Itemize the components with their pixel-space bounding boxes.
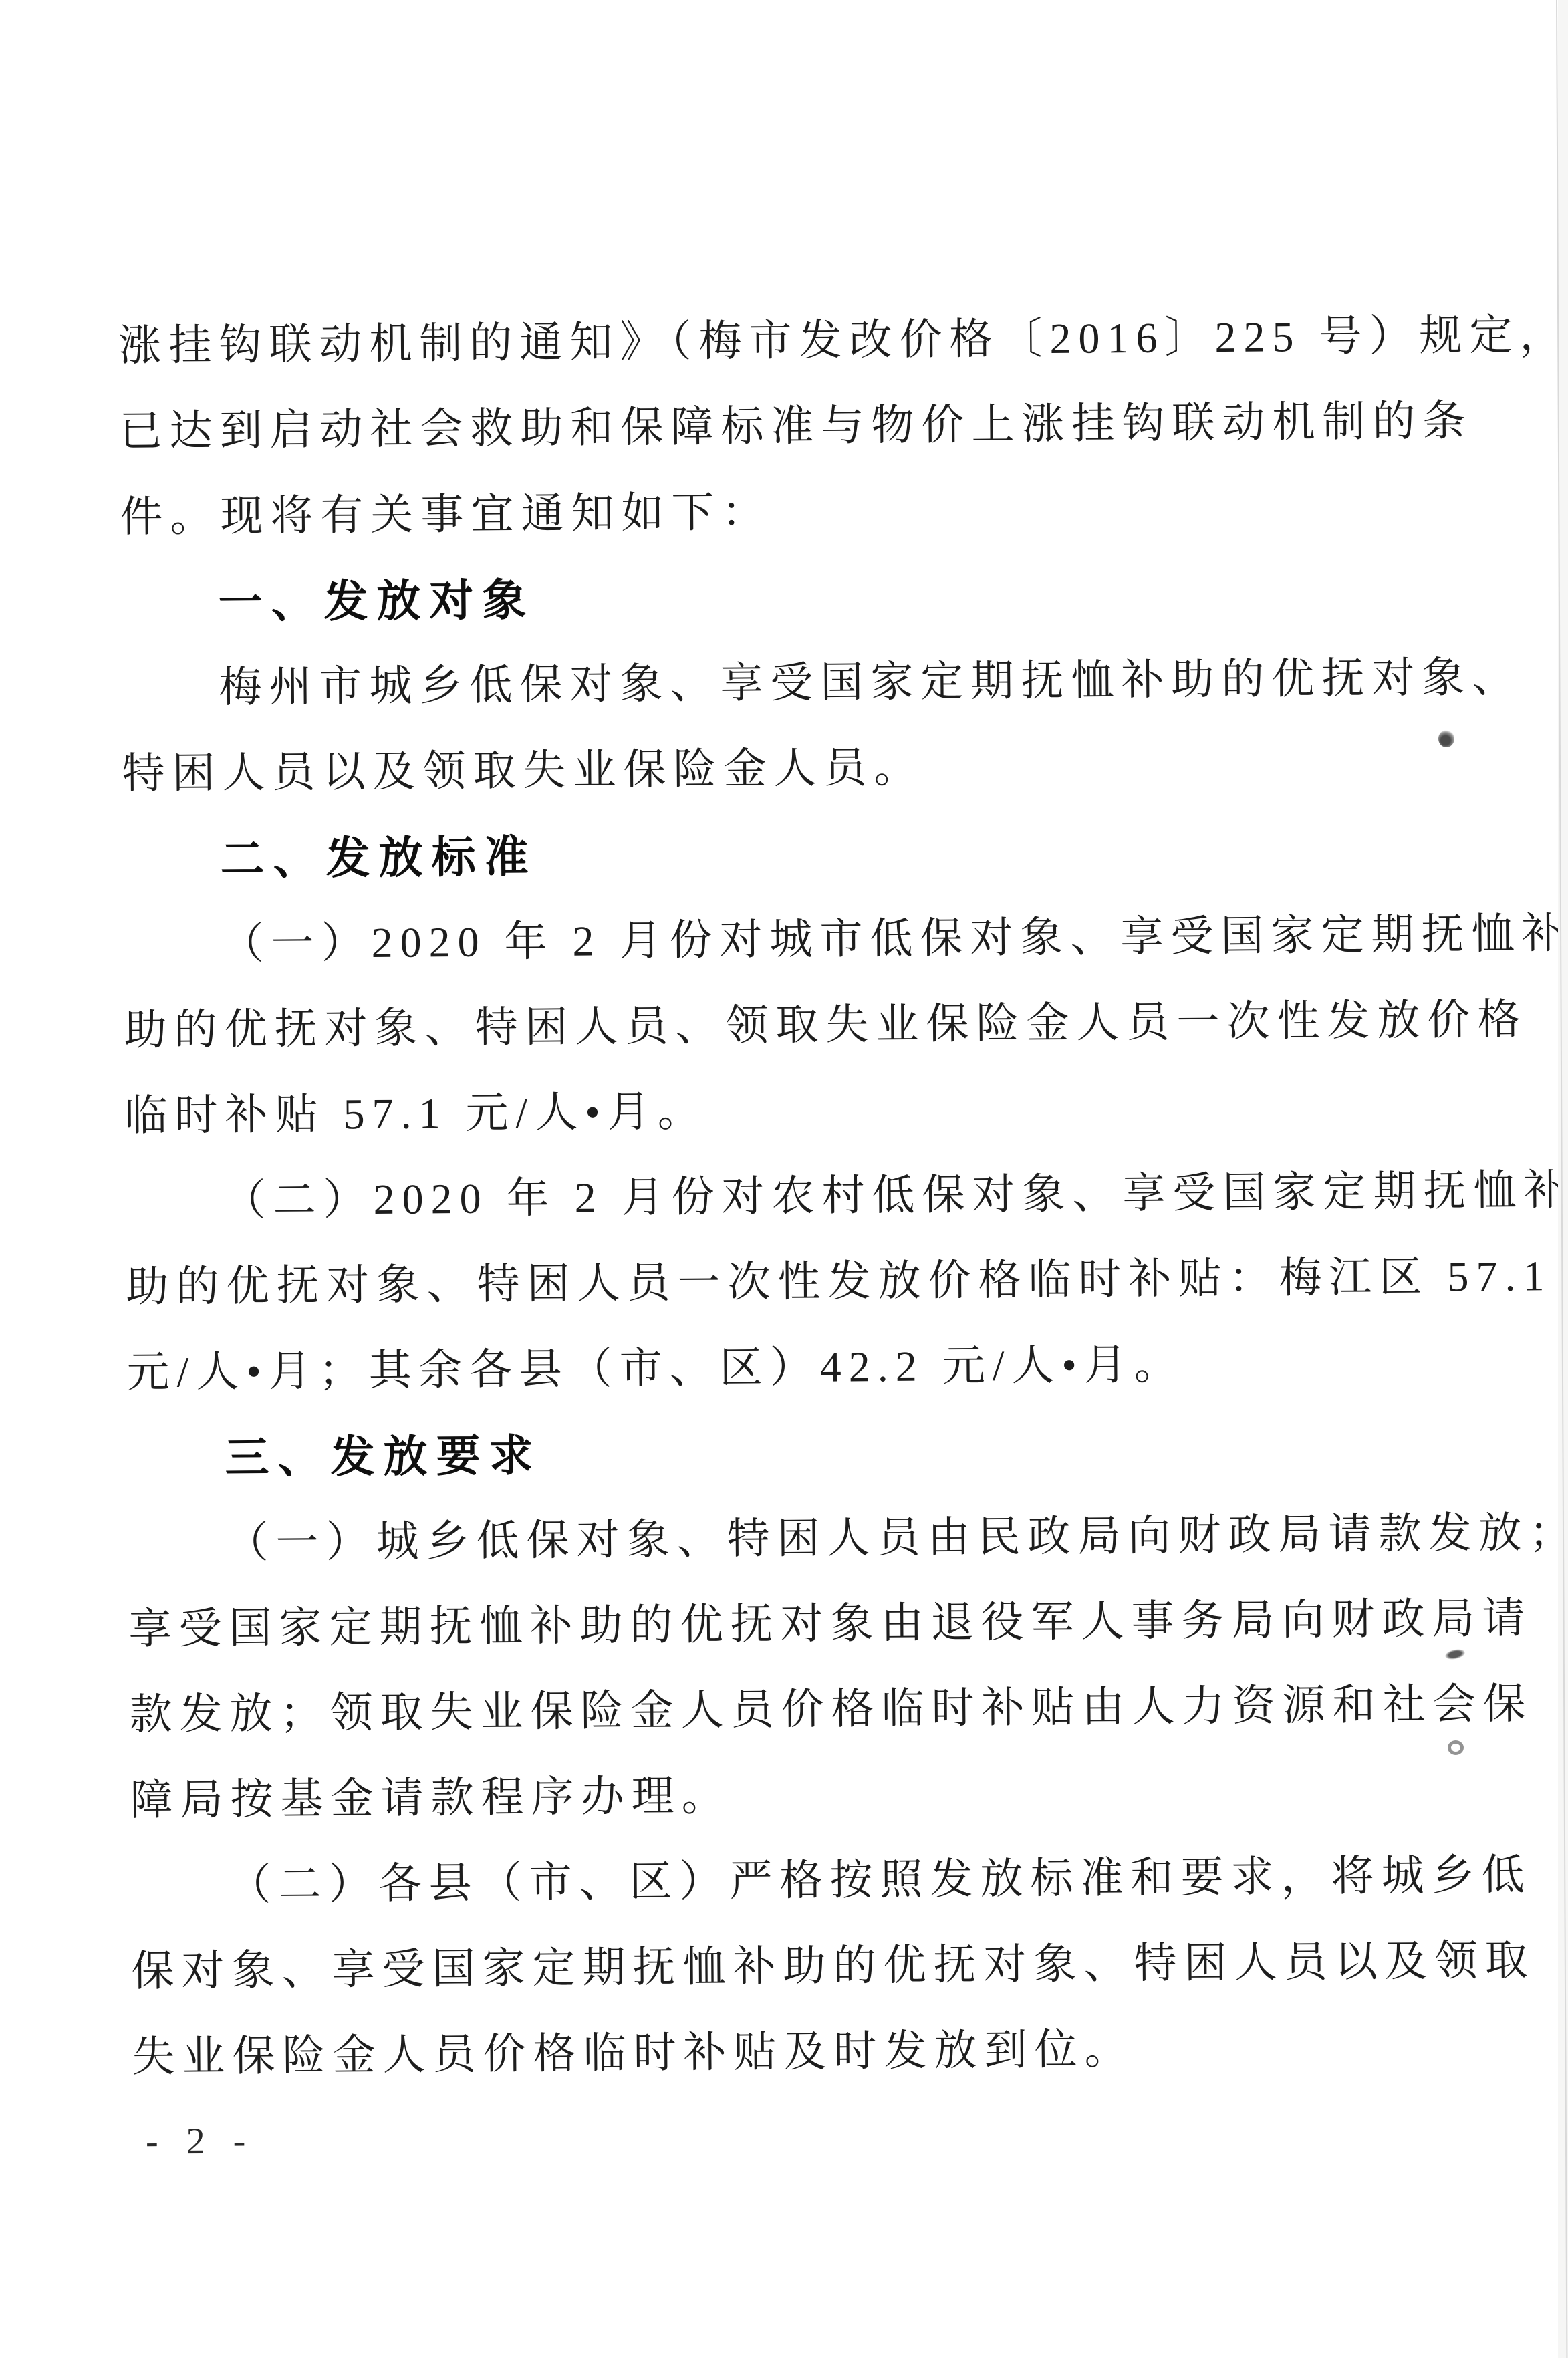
doc-line: （二）各县（市、区）严格按照发放标准和要求，将城乡低 — [130, 1833, 1494, 1929]
scanned-document-page: 涨挂钩联动机制的通知》（梅市发改价格〔2016〕225 号）规定， 已达到启动社… — [0, 0, 1568, 2358]
doc-line: 助的优抚对象、特困人员一次性发放价格临时补贴：梅江区 57.1 — [126, 1234, 1490, 1330]
doc-line: 款发放；领取失业保险金人员价格临时补贴由人力资源和社会保 — [129, 1662, 1493, 1758]
doc-line: 临时补贴 57.1 元/人•月。 — [124, 1063, 1488, 1159]
doc-line: 元/人•月；其余各县（市、区）42.2 元/人•月。 — [126, 1319, 1490, 1416]
document-body: 涨挂钩联动机制的通知》（梅市发改价格〔2016〕225 号）规定， 已达到启动社… — [118, 293, 1496, 2100]
doc-line: （一）城乡低保对象、特困人员由民政局向财政局请款发放； — [128, 1490, 1492, 1587]
doc-line: 享受国家定期抚恤补助的优抚对象由退役军人事务局向财政局请 — [128, 1576, 1492, 1672]
section-heading: 二、发放标准 — [122, 806, 1486, 902]
scan-smudge — [1438, 730, 1454, 747]
doc-line: 已达到启动社会救助和保障标准与物价上涨挂钩联动机制的条 — [119, 378, 1483, 475]
doc-line: （一）2020 年 2 月份对城市低保对象、享受国家定期抚恤补 — [123, 892, 1487, 988]
doc-line: 梅州市城乡低保对象、享受国家定期抚恤补助的优抚对象、 — [121, 635, 1485, 731]
doc-line: （二）2020 年 2 月份对农村低保对象、享受国家定期抚恤补 — [125, 1148, 1489, 1244]
doc-line: 助的优抚对象、特困人员、领取失业保险金人员一次性发放价格 — [124, 977, 1488, 1073]
section-heading: 一、发放对象 — [120, 549, 1484, 646]
section-heading: 三、发放要求 — [127, 1405, 1491, 1501]
doc-line: 件。现将有关事宜通知如下： — [120, 464, 1484, 560]
page-number: - 2 - — [146, 2120, 255, 2164]
doc-line: 涨挂钩联动机制的通知》（梅市发改价格〔2016〕225 号）规定， — [118, 293, 1482, 389]
scan-smudge — [1448, 1740, 1464, 1755]
scan-edge-band — [1558, 0, 1568, 2358]
doc-line: 障局按基金请款程序办理。 — [130, 1747, 1494, 1843]
doc-line: 特困人员以及领取失业保险金人员。 — [122, 720, 1486, 817]
doc-line: 保对象、享受国家定期抚恤补助的优抚对象、特困人员以及领取 — [131, 1918, 1495, 2014]
doc-line: 失业保险金人员价格临时补贴及时发放到位。 — [132, 2004, 1496, 2100]
